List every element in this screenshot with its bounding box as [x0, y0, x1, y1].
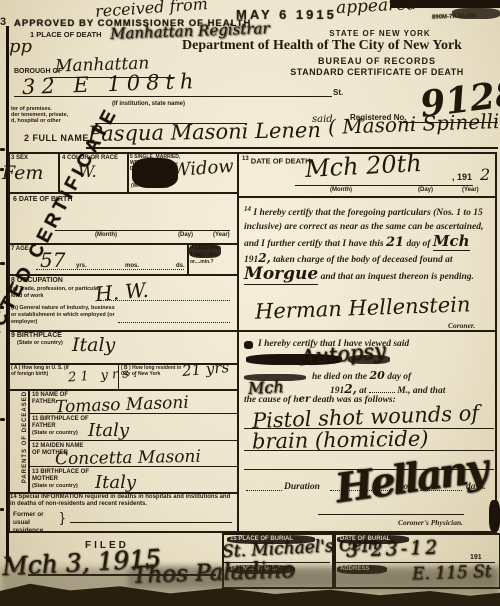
full-name-underline — [86, 147, 498, 149]
viewed-body-line-died: he died on the 20 day of — [312, 369, 411, 382]
dod-month-label: (Month) — [330, 187, 352, 193]
dob-day-label: (Day) — [178, 232, 193, 238]
date-of-death-label-text: DATE OF DEATH — [251, 157, 311, 166]
state-heading: STATE OF NEW YORK — [300, 29, 460, 38]
row-border — [237, 196, 497, 198]
dod-year-label: (Year) — [462, 187, 479, 193]
burial-year-print: 191 — [470, 554, 482, 561]
died-text: he died on the — [312, 372, 367, 382]
header-scrawl-right: appeared — [336, 0, 418, 18]
howlong-us-label: ( A ) How long in U. S. (if of foreign b… — [11, 365, 71, 377]
premises-note-line3: d, hospital or other — [11, 118, 61, 124]
edge-mark — [0, 418, 5, 421]
row-border — [28, 440, 237, 441]
mother-birthplace-note: (State or country) — [32, 483, 78, 489]
certification-number: 14 — [244, 205, 251, 213]
row-border — [28, 413, 237, 414]
cell-divider — [127, 152, 129, 192]
cause-intro-a: the cause of h — [244, 395, 299, 405]
occupation-value: H. W. — [94, 278, 149, 307]
certification-year-hand: 2, — [258, 251, 271, 265]
physician-signature-line — [318, 514, 464, 515]
dob-month-label: (Month) — [95, 232, 117, 238]
time-blank — [369, 392, 395, 393]
cause-intro-line: the cause of her death was as follows: — [244, 394, 396, 405]
age-leader — [36, 269, 184, 270]
dob-blank-line — [55, 230, 230, 231]
address-underline — [14, 96, 332, 97]
mother-birthplace-label: 13 BIRTHPLACE OF MOTHER — [32, 469, 92, 483]
mother-birthplace-value: Italy — [95, 472, 136, 493]
certification-found-at-hand: Morgue — [244, 264, 318, 285]
occupation-leader — [100, 300, 230, 301]
former-residence-label: Former or usual residence — [13, 511, 58, 535]
grid-center-divider — [237, 152, 239, 533]
birthplace-value: Italy — [72, 334, 115, 356]
department-heading: Department of Health of The City of New … — [182, 38, 462, 54]
form-print-code: 890M-7A 32,000 — [432, 13, 477, 21]
former-residence-line — [70, 522, 232, 523]
duration-label: Duration — [284, 482, 320, 492]
full-name-label: 2 FULL NAME — [24, 133, 89, 143]
coroner-certification-paragraph: 14 I hereby certify that the foregoing p… — [244, 202, 494, 284]
margin-scrawl: pp — [9, 36, 32, 57]
died-day-hand: 20 — [370, 369, 385, 382]
date-of-death-number: 13 — [242, 156, 249, 162]
edge-mark — [0, 508, 4, 511]
certification-day-hand: 21 — [386, 235, 404, 250]
birthplace-note: (State or country) — [17, 340, 63, 346]
date-of-death-year-print: , 191 — [452, 172, 472, 182]
father-birthplace-label: 11 BIRTHPLACE OF FATHER — [32, 416, 92, 430]
full-name-value: Pasqua Masoni Lenen — [88, 118, 321, 146]
certification-text-d: and that an inquest thereon is pending. — [321, 272, 474, 282]
father-birthplace-note: (State or country) — [32, 430, 78, 436]
former-residence-brace: } — [60, 509, 65, 525]
date-of-death-label: 13 DATE OF DEATH — [242, 156, 311, 166]
row-border — [237, 330, 497, 332]
row-border — [8, 192, 237, 194]
if-less-note-3: or....min.? — [190, 259, 214, 265]
cause-his-her-hand: er — [299, 394, 311, 405]
father-birthplace-value: Italy — [88, 420, 129, 441]
cell-divider — [118, 363, 119, 389]
dod-blank-line — [295, 185, 473, 186]
edge-mark — [0, 262, 5, 265]
row-border — [8, 274, 237, 276]
special-information-note: 14 Special INFORMATION required in death… — [10, 494, 236, 508]
date-of-death-year-hand: 2 — [480, 165, 490, 184]
occupation-leader — [118, 322, 230, 323]
row-border — [8, 389, 237, 391]
edge-mark — [0, 148, 5, 151]
coroner-signature-label: Coroner. — [448, 321, 475, 330]
place-of-death-label: 1 PLACE OF DEATH — [30, 30, 102, 39]
birthplace-label: 9 BIRTHPLACE — [11, 332, 62, 339]
marital-value: Widow — [171, 156, 234, 181]
full-name-alias: ( Masoni Spinelli — [328, 109, 500, 139]
dob-year-label: (Year) — [213, 232, 230, 238]
ink-smudge — [244, 341, 253, 349]
died-text-b: day of — [387, 372, 411, 382]
parents-of-deceased-side-label: PARENTS OF DECEASED — [22, 387, 28, 487]
howlong-city-label: ( B ) How long resident in City of New Y… — [121, 365, 183, 377]
death-certificate-scan: 3 received from APPROVED BY COMMISSIONER… — [0, 0, 500, 606]
margin-cut-digit: 3 — [0, 16, 6, 28]
sex-label: 3 SEX — [11, 155, 28, 161]
certification-month-hand: Mch — [433, 232, 470, 251]
certificate-title: STANDARD CERTIFICATE OF DEATH — [272, 67, 482, 77]
dod-day-label: (Day) — [418, 187, 433, 193]
ink-smudge — [489, 500, 500, 532]
ink-smudge — [189, 244, 221, 258]
died-text-c: M., and that — [397, 386, 445, 396]
street-label: St. — [333, 88, 343, 97]
certification-text-b: day of — [406, 239, 430, 249]
sex-value: Fem — [2, 162, 43, 184]
duration-leader — [246, 490, 282, 491]
bureau-heading: BUREAU OF RECORDS — [292, 56, 462, 66]
date-of-burial-value: 3-23-12 — [346, 536, 441, 561]
physician-signature-label: Coroner's Physician. — [398, 518, 463, 527]
row-border — [28, 466, 237, 467]
occupation-b-label: (b) General nature of industry, business… — [11, 305, 116, 326]
